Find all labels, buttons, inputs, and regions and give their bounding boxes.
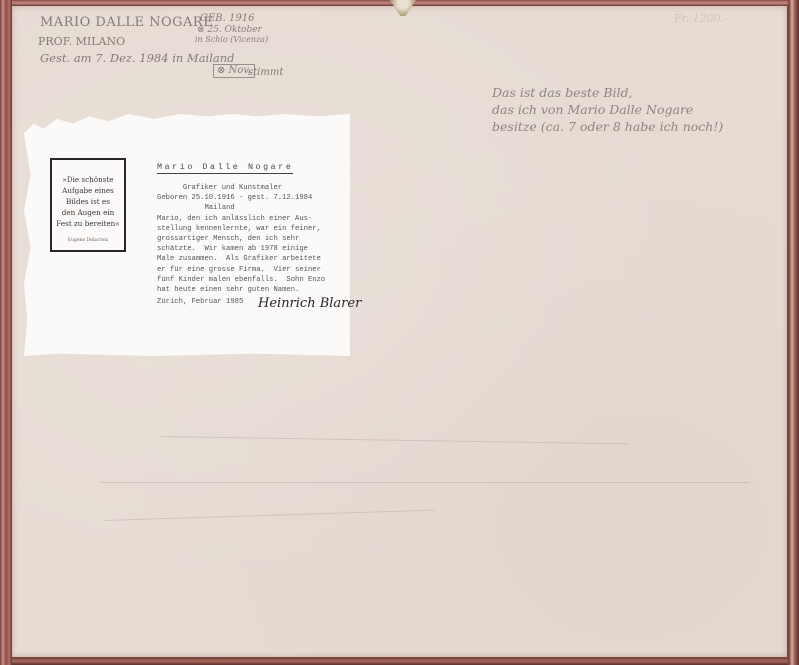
right-note-line: das ich von Mario Dalle Nogare — [492, 101, 723, 118]
handwritten-right-note: Das ist das beste Bild, das ich von Mari… — [492, 84, 723, 135]
typed-line: fünf Kinder malen ebenfalls. Sohn Enzo — [157, 275, 325, 285]
typed-line: hat heute einen sehr guten Namen. — [157, 285, 325, 295]
handwritten-title: PROF. MILANO — [38, 36, 125, 47]
handwritten-price-faint: Fr. 1200.- — [674, 13, 728, 24]
quote-author: Eugène Delacroix — [52, 238, 124, 243]
typed-line: stellung kennenlernte, war ein feiner, — [157, 224, 325, 234]
typed-line: schätzte. Wir kamen ab 1978 einige — [157, 244, 325, 254]
typed-line: Grafiker und Kunstmaler — [157, 183, 325, 193]
handwritten-death-note: Gest. am 7. Dez. 1984 in Mailand — [40, 53, 235, 65]
handwritten-birth-date: ⊗ 25. Oktober — [197, 26, 262, 35]
typed-line: er für eine grosse Firma. Vier seiner — [157, 265, 325, 275]
right-note-line: Das ist das beste Bild, — [492, 84, 723, 101]
typed-line: Geboren 25.10.1916 - gest. 7.12.1984 — [157, 193, 325, 203]
typed-line: Mario, den ich anlässlich einer Aus- — [157, 214, 325, 224]
quote-line: »Die schönste — [52, 174, 124, 185]
right-note-line: besitze (ca. 7 oder 8 habe ich noch!) — [492, 118, 723, 135]
handwritten-birth-year: GEB. 1916 — [200, 14, 254, 24]
typed-line: grossartiger Mensch, den ich sehr — [157, 234, 325, 244]
signature: Heinrich Blarer — [258, 296, 361, 311]
quote-line: Fest zu bereiten« — [52, 218, 124, 229]
typed-place-date: Zürich, Februar 1985 — [157, 297, 243, 307]
handwritten-artist-name: MARIO DALLE NOGARE — [40, 16, 213, 29]
board-scratch — [100, 482, 750, 483]
quote-line: Bildes ist es — [52, 196, 124, 207]
handwritten-confirmation: stimmt — [248, 68, 283, 78]
delacroix-quote-box: »Die schönste Aufgabe eines Bildes ist e… — [50, 158, 126, 252]
typed-title: Mario Dalle Nogare — [157, 163, 293, 174]
quote-line: Aufgabe eines — [52, 185, 124, 196]
typed-body: Grafiker und Kunstmaler Geboren 25.10.19… — [157, 183, 325, 295]
typed-line: Male zusammen. Als Grafiker arbeitete — [157, 254, 325, 264]
quote-line: den Augen ein — [52, 207, 124, 218]
quote-text: »Die schönste Aufgabe eines Bildes ist e… — [52, 174, 124, 229]
handwritten-birth-place: in Schio (Vicenza) — [195, 36, 268, 44]
typed-line: Mailand — [157, 203, 325, 213]
